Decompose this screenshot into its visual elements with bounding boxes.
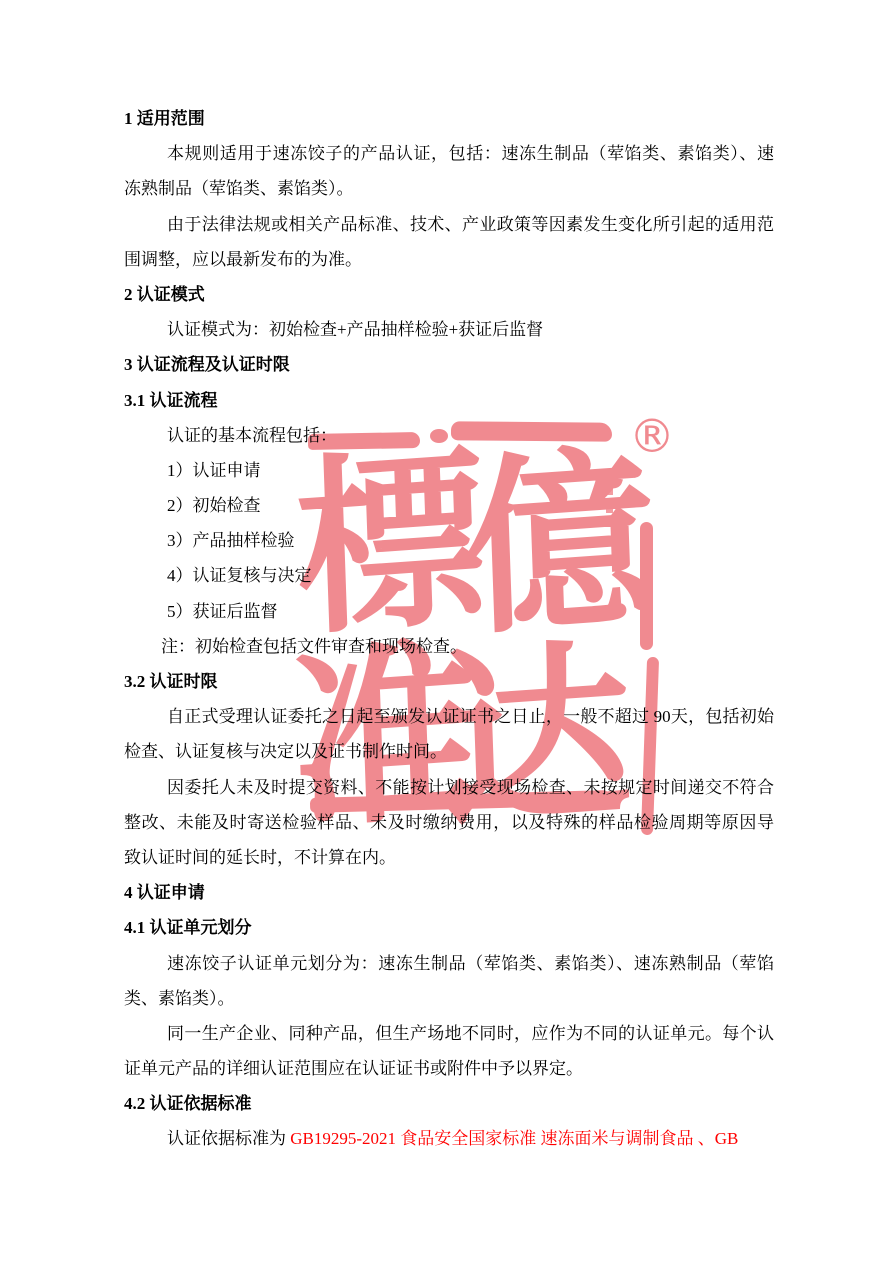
doc-line: 证单元产品的详细认证范围应在认证证书或附件中予以界定。 [124, 1051, 774, 1086]
list-item-5: 5）获证后监督 [124, 594, 774, 629]
list-item-4: 4）认证复核与决定 [124, 558, 774, 593]
heading-cert-mode: 2 认证模式 [124, 277, 774, 312]
doc-line: 同一生产企业、同种产品，但生产场地不同时，应作为不同的认证单元。每个认 [124, 1016, 774, 1051]
standard-reference-code: GB19295-2021 食品安全国家标准 速冻面米与调制食品 、GB [290, 1129, 738, 1148]
doc-line: 整改、未能及时寄送检验样品、未及时缴纳费用，以及特殊的样品检验周期等原因导 [124, 805, 774, 840]
heading-cert-standard: 4.2 认证依据标准 [124, 1086, 774, 1121]
doc-line: 致认证时间的延长时，不计算在内。 [124, 840, 774, 875]
heading-cert-unit: 4.1 认证单元划分 [124, 910, 774, 945]
document-body: 1 适用范围 本规则适用于速冻饺子的产品认证，包括：速冻生制品（荤馅类、素馅类）… [124, 101, 774, 1157]
doc-line: 自正式受理认证委托之日起至颁发认证证书之日止，一般不超过 90天，包括初始 [124, 699, 774, 734]
note-line: 注：初始检查包括文件审查和现场检查。 [124, 629, 774, 664]
doc-line: 冻熟制品（荤馅类、素馅类）。 [124, 171, 774, 206]
list-item-3: 3）产品抽样检验 [124, 523, 774, 558]
list-item-1: 1）认证申请 [124, 453, 774, 488]
heading-cert-flow: 3.1 认证流程 [124, 383, 774, 418]
heading-cert-time-limit: 3.2 认证时限 [124, 664, 774, 699]
doc-line: 检查、认证复核与决定以及证书制作时间。 [124, 734, 774, 769]
doc-line: 因委托人未及时提交资料、不能按计划接受现场检查、未按规定时间递交不符合 [124, 770, 774, 805]
heading-cert-application: 4 认证申请 [124, 875, 774, 910]
list-item-2: 2）初始检查 [124, 488, 774, 523]
doc-line: 由于法律法规或相关产品标准、技术、产业政策等因素发生变化所引起的适用范 [124, 207, 774, 242]
doc-line: 认证的基本流程包括： [124, 418, 774, 453]
heading-scope: 1 适用范围 [124, 101, 774, 136]
doc-line: 围调整，应以最新发布的为准。 [124, 242, 774, 277]
standard-reference-line: 认证依据标准为 GB19295-2021 食品安全国家标准 速冻面米与调制食品 … [124, 1121, 774, 1156]
doc-line: 认证模式为：初始检查+产品抽样检验+获证后监督 [124, 312, 774, 347]
heading-cert-process: 3 认证流程及认证时限 [124, 347, 774, 382]
doc-line: 速冻饺子认证单元划分为：速冻生制品（荤馅类、素馅类）、速冻熟制品（荤馅 [124, 946, 774, 981]
doc-line: 本规则适用于速冻饺子的产品认证，包括：速冻生制品（荤馅类、素馅类）、速 [124, 136, 774, 171]
doc-line: 类、素馅类）。 [124, 981, 774, 1016]
standard-reference-label: 认证依据标准为 [167, 1129, 290, 1148]
